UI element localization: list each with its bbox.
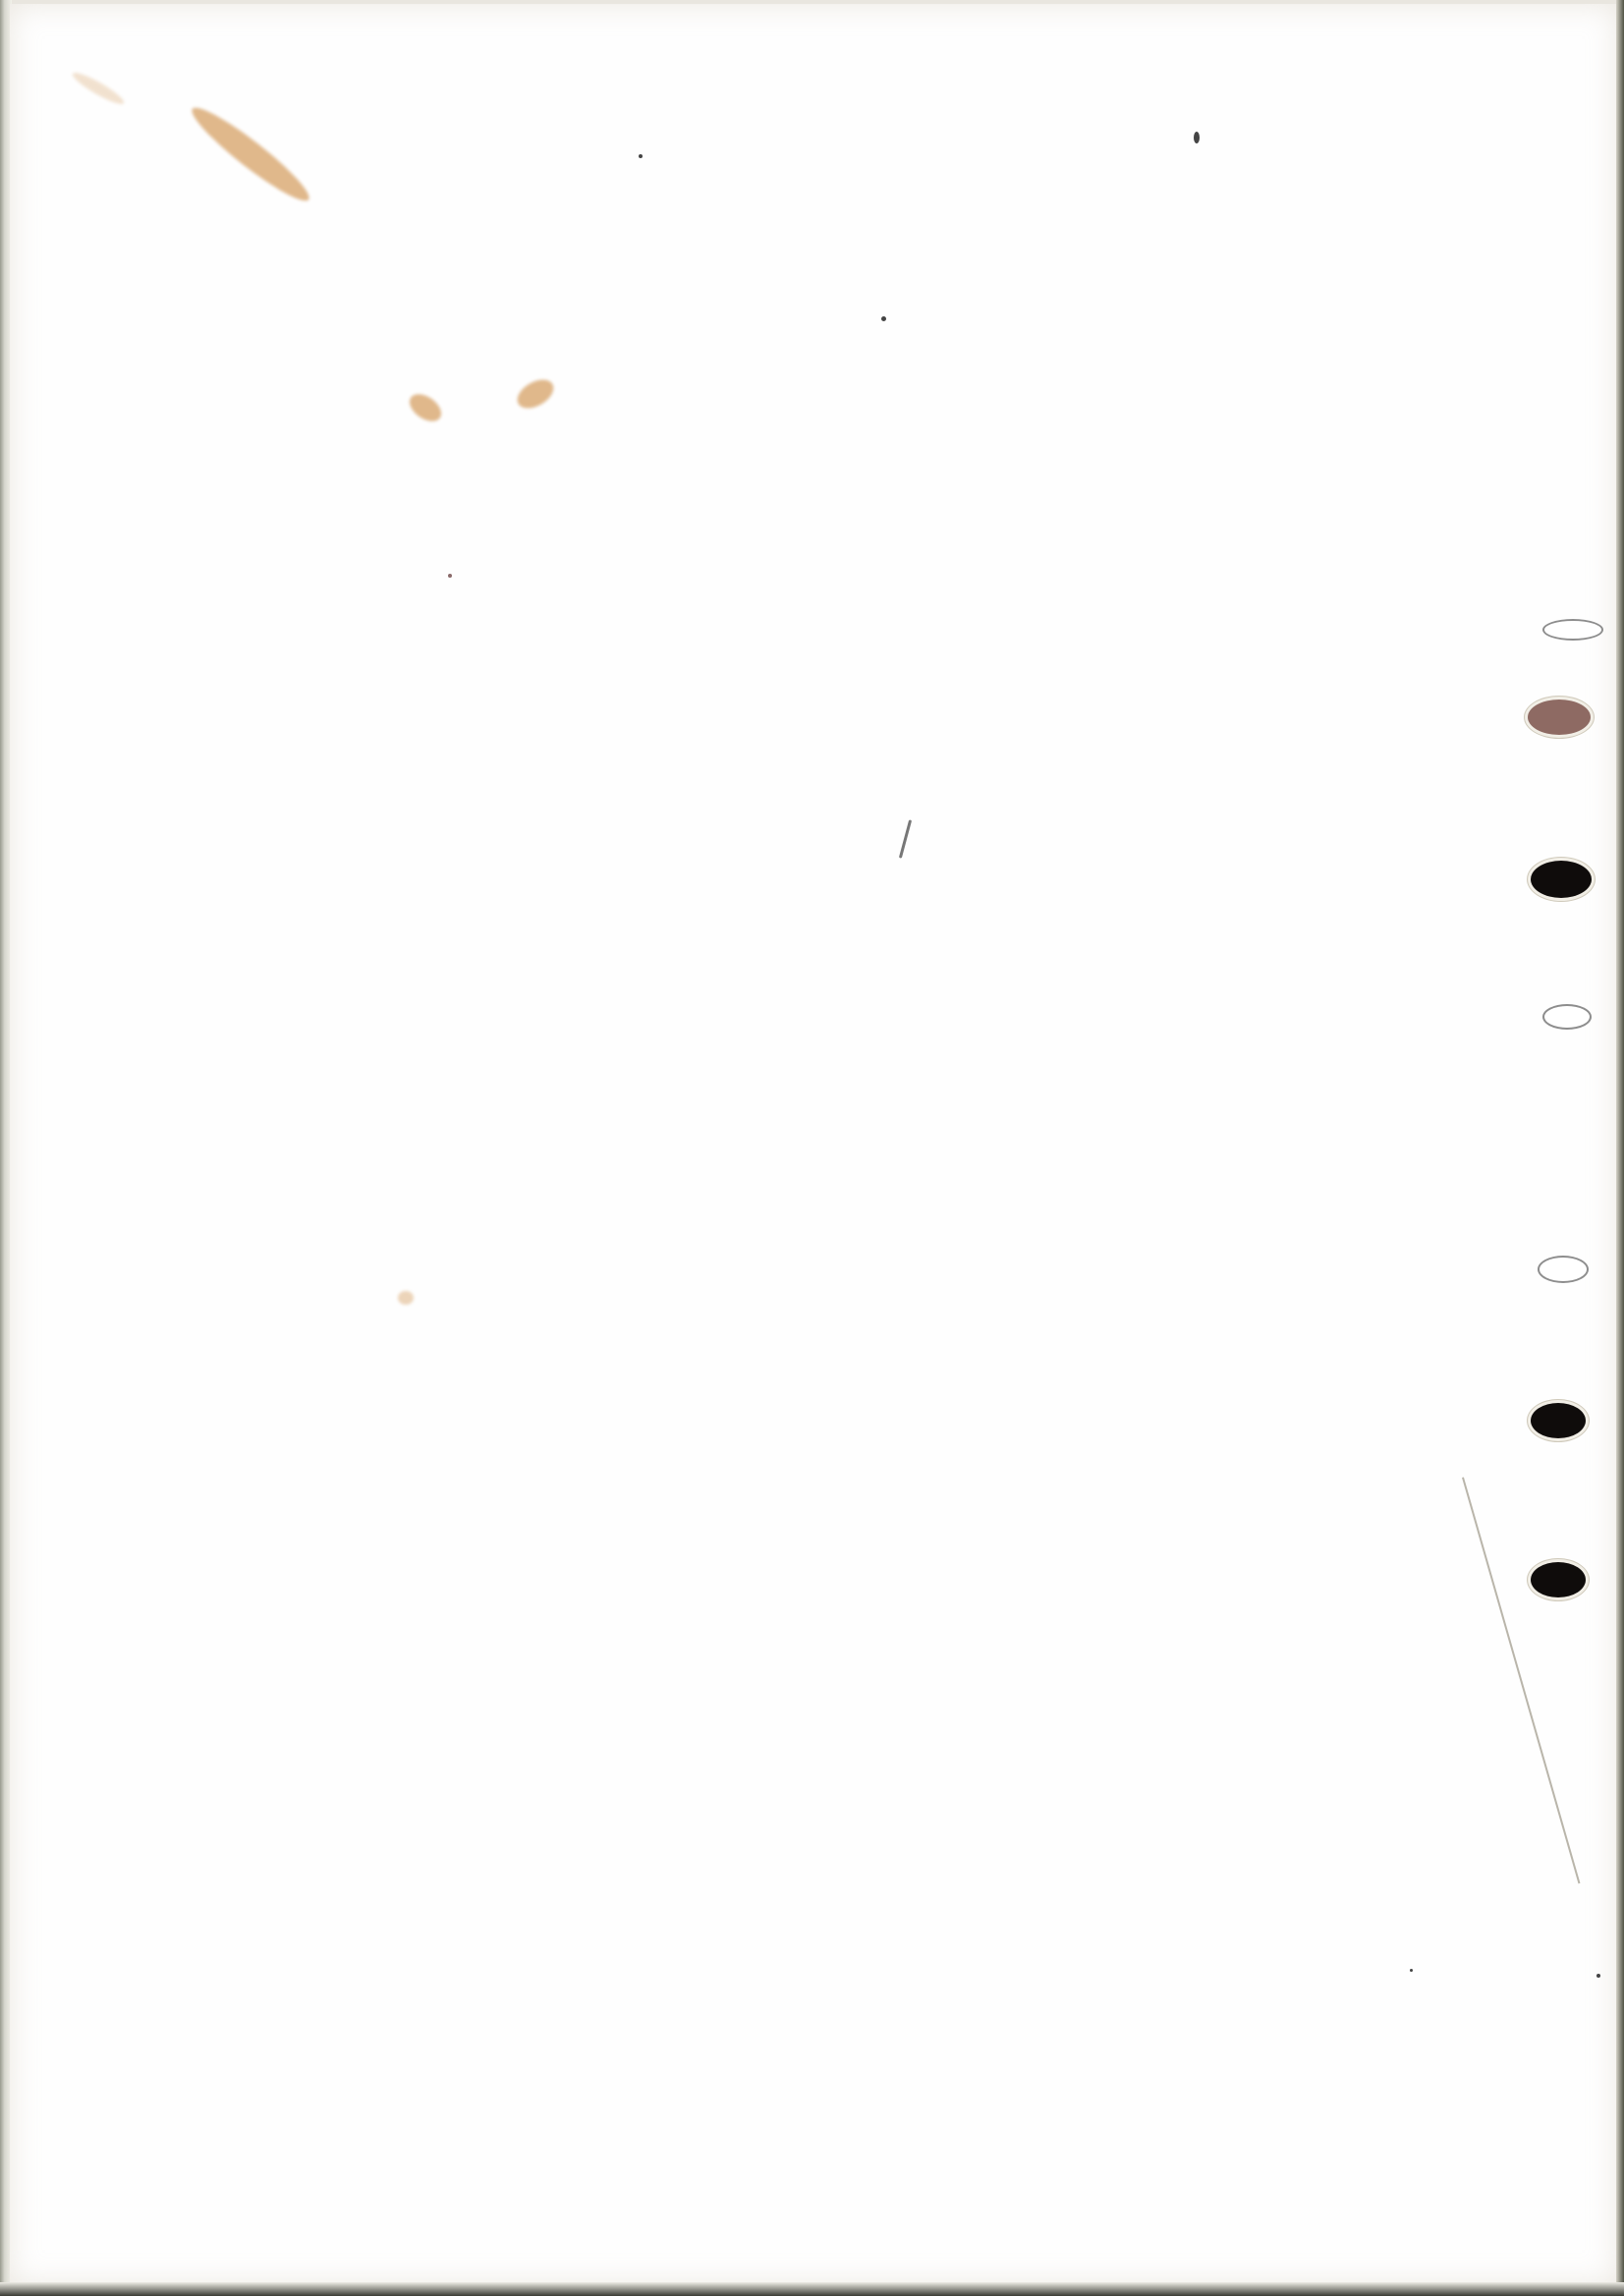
- binder-hole: [1542, 1004, 1592, 1030]
- speck: [881, 316, 886, 321]
- stain: [405, 389, 446, 427]
- binder-hole: [1531, 861, 1592, 898]
- stain: [398, 1291, 414, 1305]
- page-right-edge: [1616, 0, 1624, 2296]
- stain: [70, 69, 127, 108]
- speck: [1410, 1969, 1413, 1972]
- binder-hole: [1528, 700, 1591, 735]
- stain: [185, 99, 316, 210]
- binder-hole: [1542, 619, 1603, 641]
- binder-hole: [1531, 1403, 1586, 1438]
- binder-hole: [1538, 1256, 1589, 1283]
- blank-page: [10, 4, 1617, 2285]
- speck: [639, 154, 643, 158]
- speck: [448, 574, 452, 578]
- binder-hole: [1531, 1562, 1586, 1597]
- speck: [899, 819, 912, 858]
- page-bottom-edge: [0, 2282, 1624, 2296]
- stain: [513, 374, 559, 415]
- speck: [1194, 132, 1200, 143]
- tear-line: [1462, 1477, 1580, 1883]
- speck: [1596, 1974, 1600, 1978]
